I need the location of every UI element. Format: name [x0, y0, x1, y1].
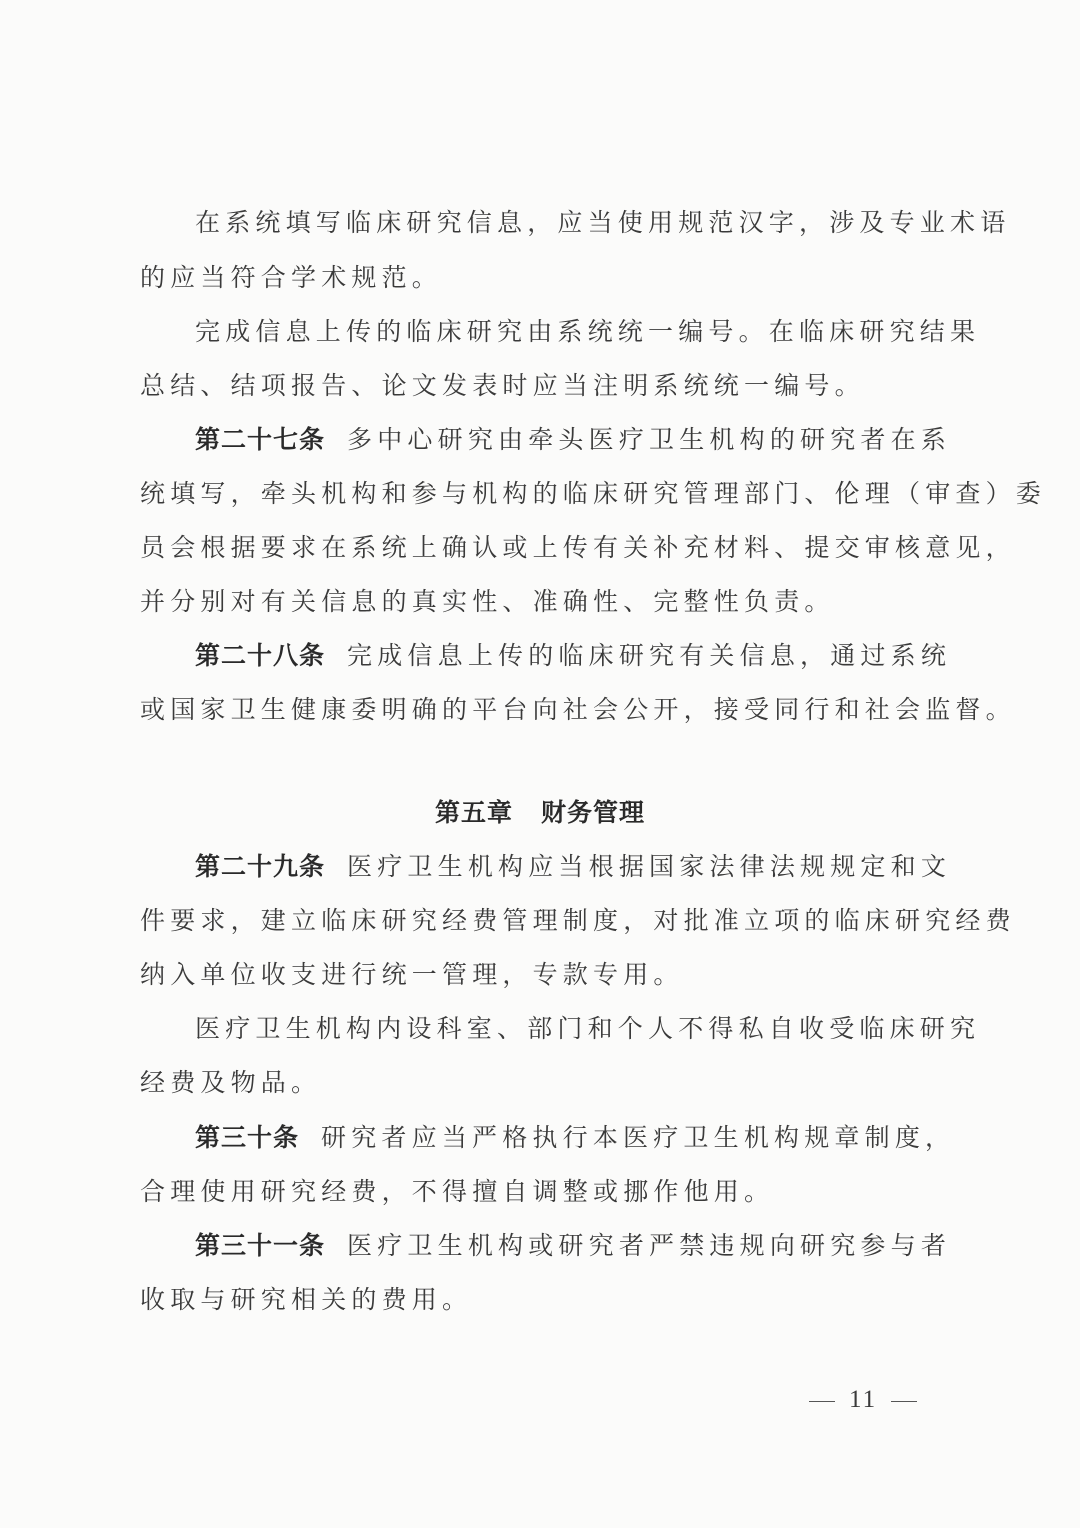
- paragraph-text: 医疗卫生机构应当根据国家法律法规规定和文: [347, 852, 951, 881]
- article-number: 第二十八条: [195, 641, 325, 670]
- article-31-first-line: 第三十一条医疗卫生机构或研究者严禁违规向研究参与者: [195, 1231, 935, 1261]
- chapter-number: 第五章: [435, 798, 513, 827]
- article-number: 第三十条: [195, 1123, 299, 1152]
- chapter-title: 财务管理: [541, 798, 645, 827]
- dash-decoration: [809, 1401, 835, 1402]
- paragraph-line: 收取与研究相关的费用。: [140, 1285, 935, 1315]
- paragraph-line: 并分别对有关信息的真实性、准确性、完整性负责。: [140, 587, 935, 617]
- paragraph-line: 合理使用研究经费，不得擅自调整或挪作他用。: [140, 1177, 935, 1207]
- article-number: 第二十九条: [195, 852, 325, 881]
- article-30-first-line: 第三十条研究者应当严格执行本医疗卫生机构规章制度，: [195, 1123, 935, 1153]
- paragraph-text: 研究者应当严格执行本医疗卫生机构规章制度，: [321, 1123, 955, 1152]
- document-page: 在系统填写临床研究信息，应当使用规范汉字，涉及专业术语 的应当符合学术规范。 完…: [0, 0, 1080, 1528]
- article-number: 第二十七条: [195, 425, 325, 454]
- paragraph-line: 经费及物品。: [140, 1068, 935, 1098]
- paragraph-text: 完成信息上传的临床研究有关信息，通过系统: [347, 641, 951, 670]
- paragraph-line: 医疗卫生机构内设科室、部门和个人不得私自收受临床研究: [195, 1014, 935, 1044]
- article-28-first-line: 第二十八条完成信息上传的临床研究有关信息，通过系统: [195, 641, 935, 671]
- article-27-first-line: 第二十七条多中心研究由牵头医疗卫生机构的研究者在系: [195, 425, 935, 455]
- paragraph-line: 统填写，牵头机构和参与机构的临床研究管理部门、伦理（审查）委: [140, 479, 935, 509]
- paragraph-line: 在系统填写临床研究信息，应当使用规范汉字，涉及专业术语: [195, 208, 935, 238]
- paragraph-line: 员会根据要求在系统上确认或上传有关补充材料、提交审核意见，: [140, 533, 935, 563]
- article-number: 第三十一条: [195, 1231, 325, 1260]
- article-29-first-line: 第二十九条医疗卫生机构应当根据国家法律法规规定和文: [195, 852, 935, 882]
- paragraph-line: 纳入单位收支进行统一管理，专款专用。: [140, 960, 935, 990]
- paragraph-text: 医疗卫生机构或研究者严禁违规向研究参与者: [347, 1231, 951, 1260]
- dash-decoration: [891, 1401, 917, 1402]
- chapter-heading: 第五章财务管理: [0, 798, 1080, 828]
- paragraph-text: 多中心研究由牵头医疗卫生机构的研究者在系: [347, 425, 951, 454]
- paragraph-line: 件要求，建立临床研究经费管理制度，对批准立项的临床研究经费: [140, 906, 935, 936]
- paragraph-line: 或国家卫生健康委明确的平台向社会公开，接受同行和社会监督。: [140, 695, 935, 725]
- page-number-value: 11: [849, 1386, 877, 1413]
- paragraph-line: 完成信息上传的临床研究由系统统一编号。在临床研究结果: [195, 317, 935, 347]
- paragraph-line: 总结、结项报告、论文发表时应当注明系统统一编号。: [140, 371, 935, 401]
- page-number: 11: [795, 1386, 931, 1414]
- paragraph-line: 的应当符合学术规范。: [140, 263, 935, 293]
